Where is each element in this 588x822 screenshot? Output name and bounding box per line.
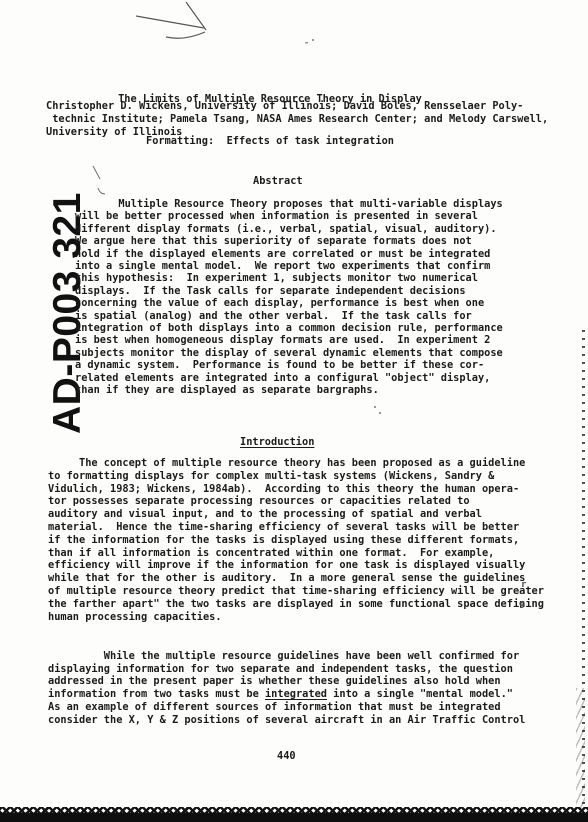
introduction-paragraph-2: While the multiple resource guidelines h… xyxy=(48,637,525,739)
introduction-paragraph-1: The concept of multiple resource theory … xyxy=(48,457,544,623)
scanned-paper-page: AD-P003 321 The Limits of Multiple Resou… xyxy=(0,0,588,822)
bleedthrough-mark: g xyxy=(519,599,524,609)
underlined-word: integrated xyxy=(265,688,327,700)
bleedthrough-mark: r xyxy=(521,580,526,590)
abstract-body: Multiple Resource Theory proposes that m… xyxy=(75,198,503,397)
torn-edge-band xyxy=(0,813,588,822)
abstract-heading: Abstract xyxy=(253,175,303,188)
introduction-heading: Introduction xyxy=(240,436,314,449)
author-block: Christopher D. Wickens, University of Il… xyxy=(46,100,548,139)
scan-speckle-patch xyxy=(576,688,585,808)
page-number: 440 xyxy=(277,750,296,763)
